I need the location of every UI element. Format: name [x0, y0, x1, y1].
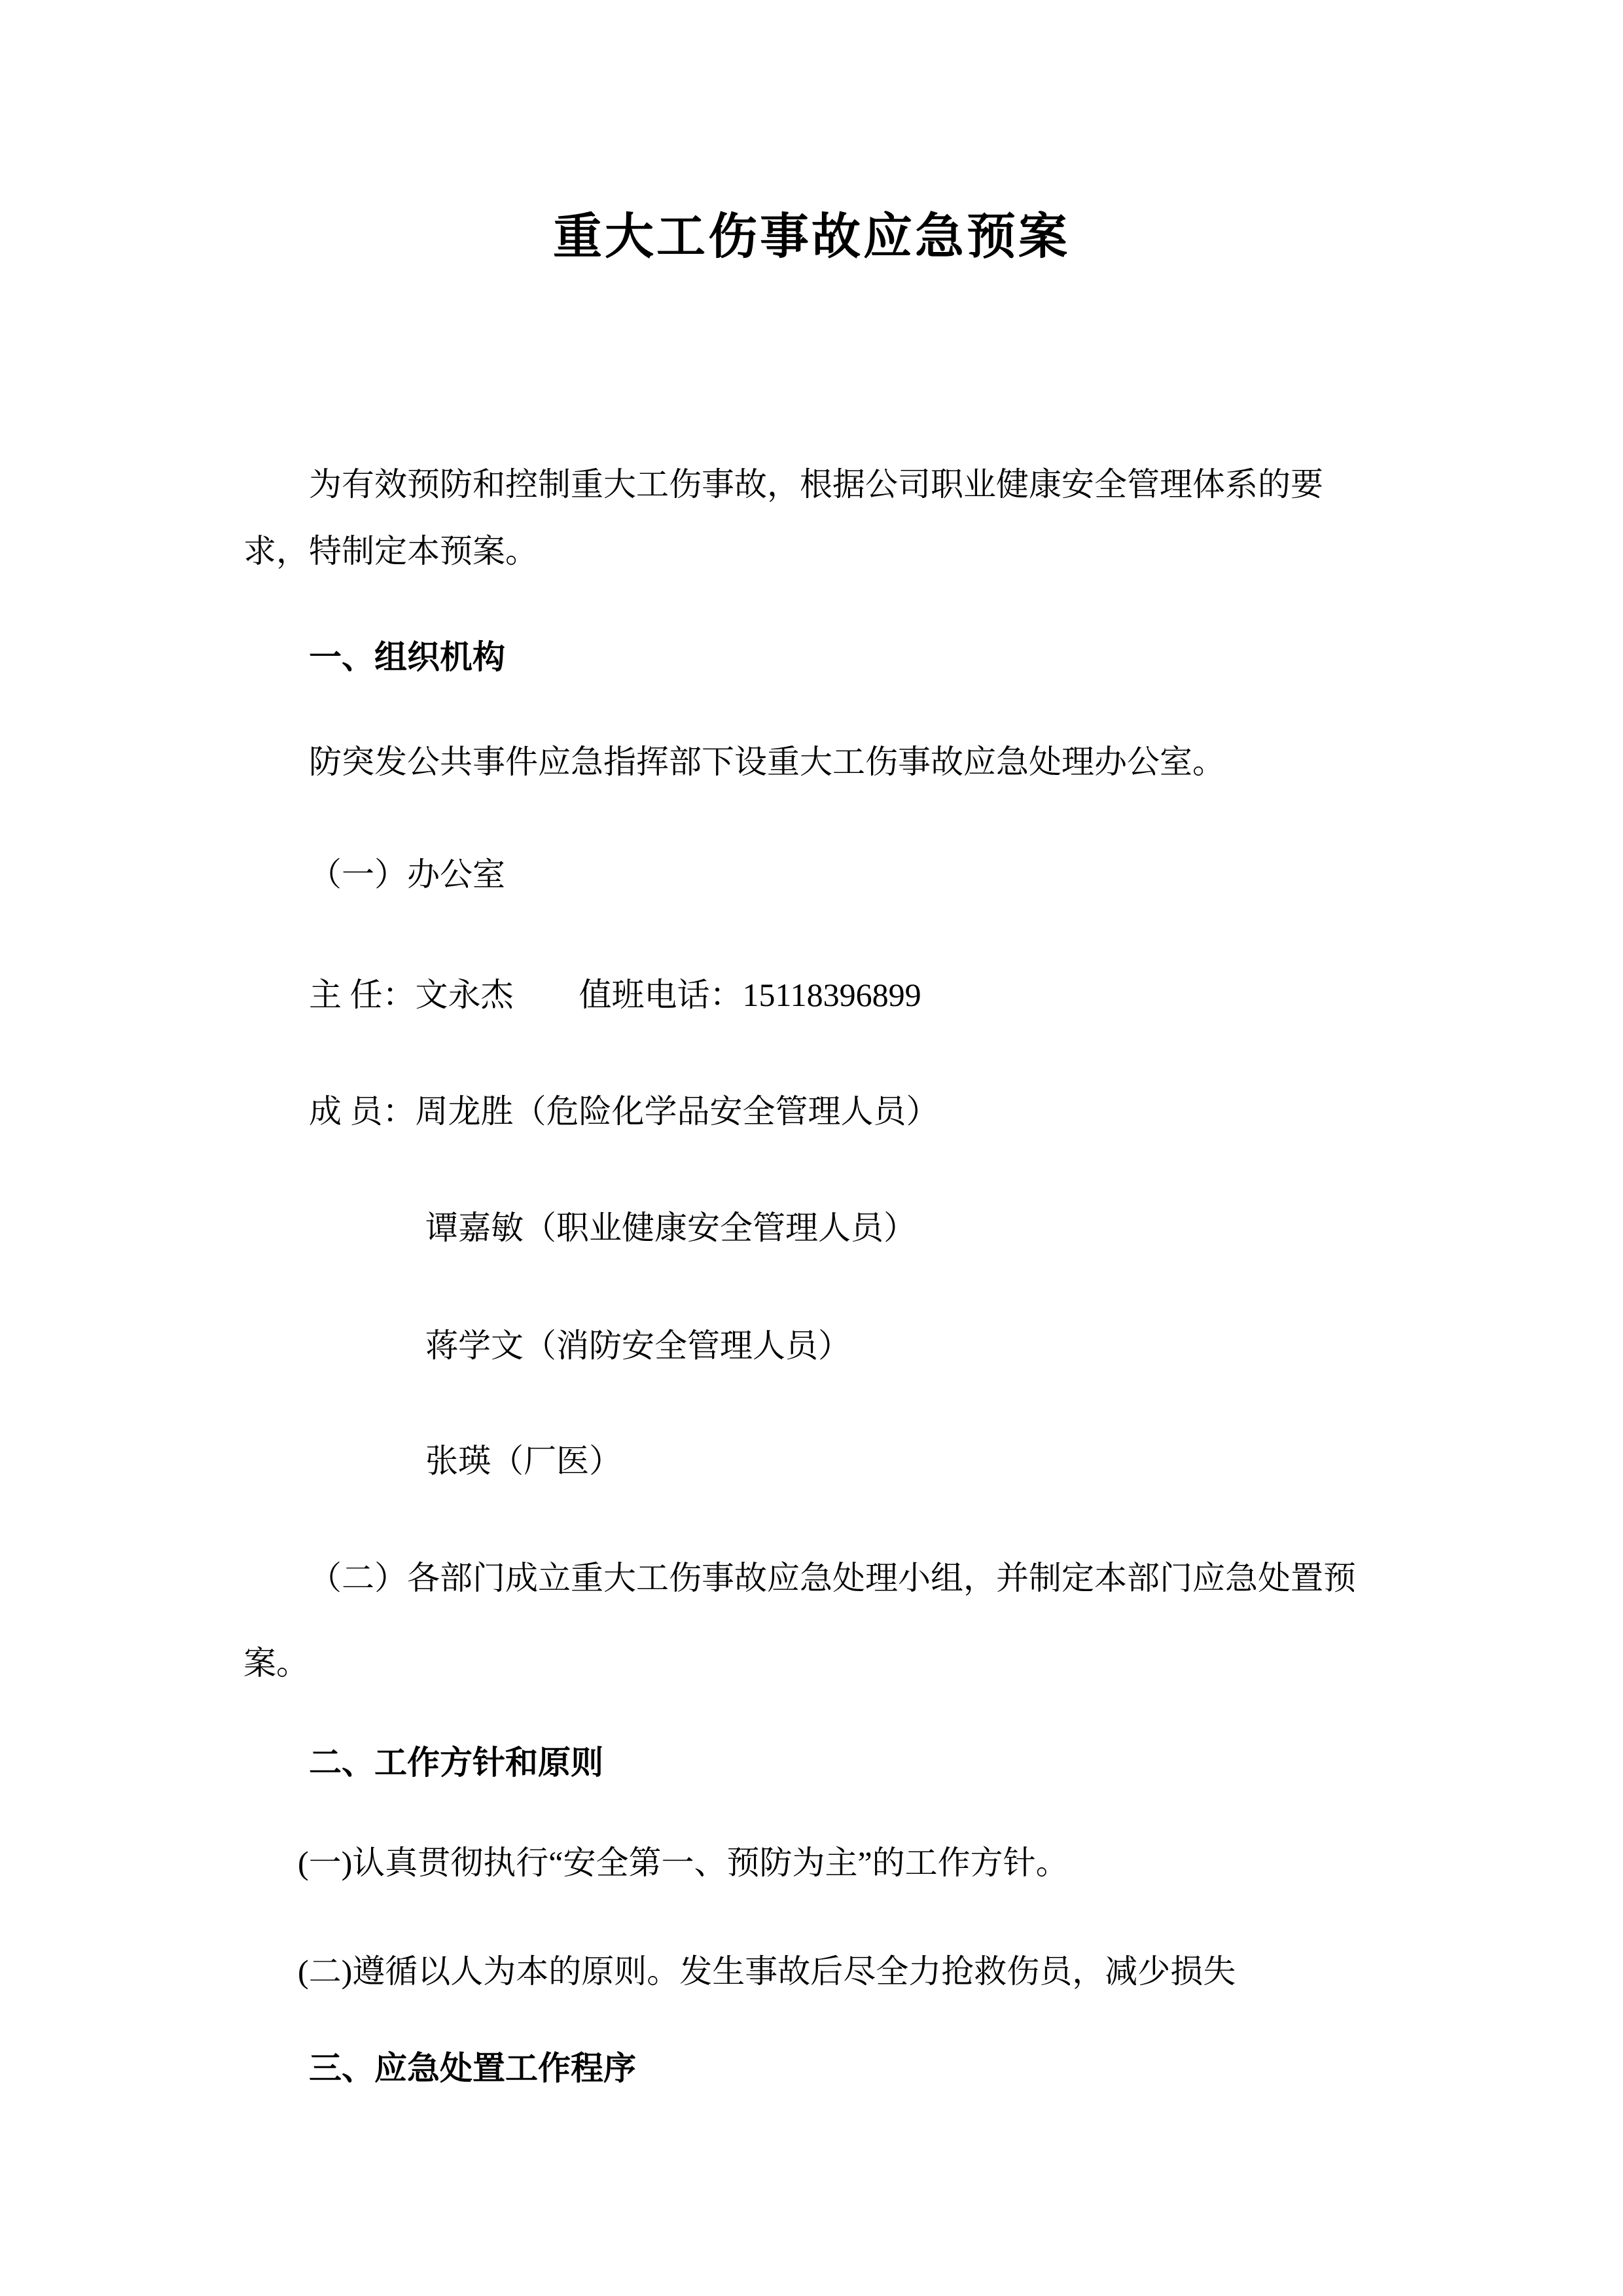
para-command-office: 防突发公共事件应急指挥部下设重大工伤事故应急处理办公室。: [309, 742, 1225, 781]
line-director-duty-phone: 主 任：文永杰 值班电话：15118396899: [309, 975, 921, 1014]
line-policy-1: (一)认真贯彻执行“安全第一、预防为主”的工作方针。: [298, 1843, 1069, 1882]
line-member-zhou-longsheng: 成 员：周龙胜（危险化学品安全管理人员）: [309, 1092, 939, 1131]
line-member-jiang-xuewen: 蒋学文（消防安全管理人员）: [425, 1326, 851, 1365]
heading-2-policy-principles: 二、工作方针和原则: [309, 1743, 603, 1782]
intro-line-1: 为有效预防和控制重大工伤事故，根据公司职业健康安全管理体系的要: [309, 465, 1323, 504]
heading-3-emergency-procedure: 三、应急处置工作程序: [309, 2049, 636, 2088]
line-member-tan-jiamin: 谭嘉敏（职业健康安全管理人员）: [425, 1208, 916, 1247]
item-2-line-1: （二）各部门成立重大工伤事故应急处理小组，并制定本部门应急处置预: [309, 1558, 1356, 1598]
document-page: 重大工伤事故应急预案 为有效预防和控制重大工伤事故，根据公司职业健康安全管理体系…: [0, 0, 1623, 2296]
line-policy-2: (二)遵循以人为本的原则。发生事故后尽全力抢救伤员，减少损失: [298, 1952, 1236, 1991]
doc-title: 重大工伤事故应急预案: [0, 209, 1623, 266]
line-member-zhang-ying: 张瑛（厂医）: [425, 1441, 622, 1480]
intro-line-2: 求，特制定本预案。: [243, 531, 538, 571]
item-2-line-2: 案。: [243, 1643, 309, 1683]
heading-1-organization: 一、组织机构: [309, 637, 505, 677]
item-1-office: （一）办公室: [309, 855, 505, 894]
